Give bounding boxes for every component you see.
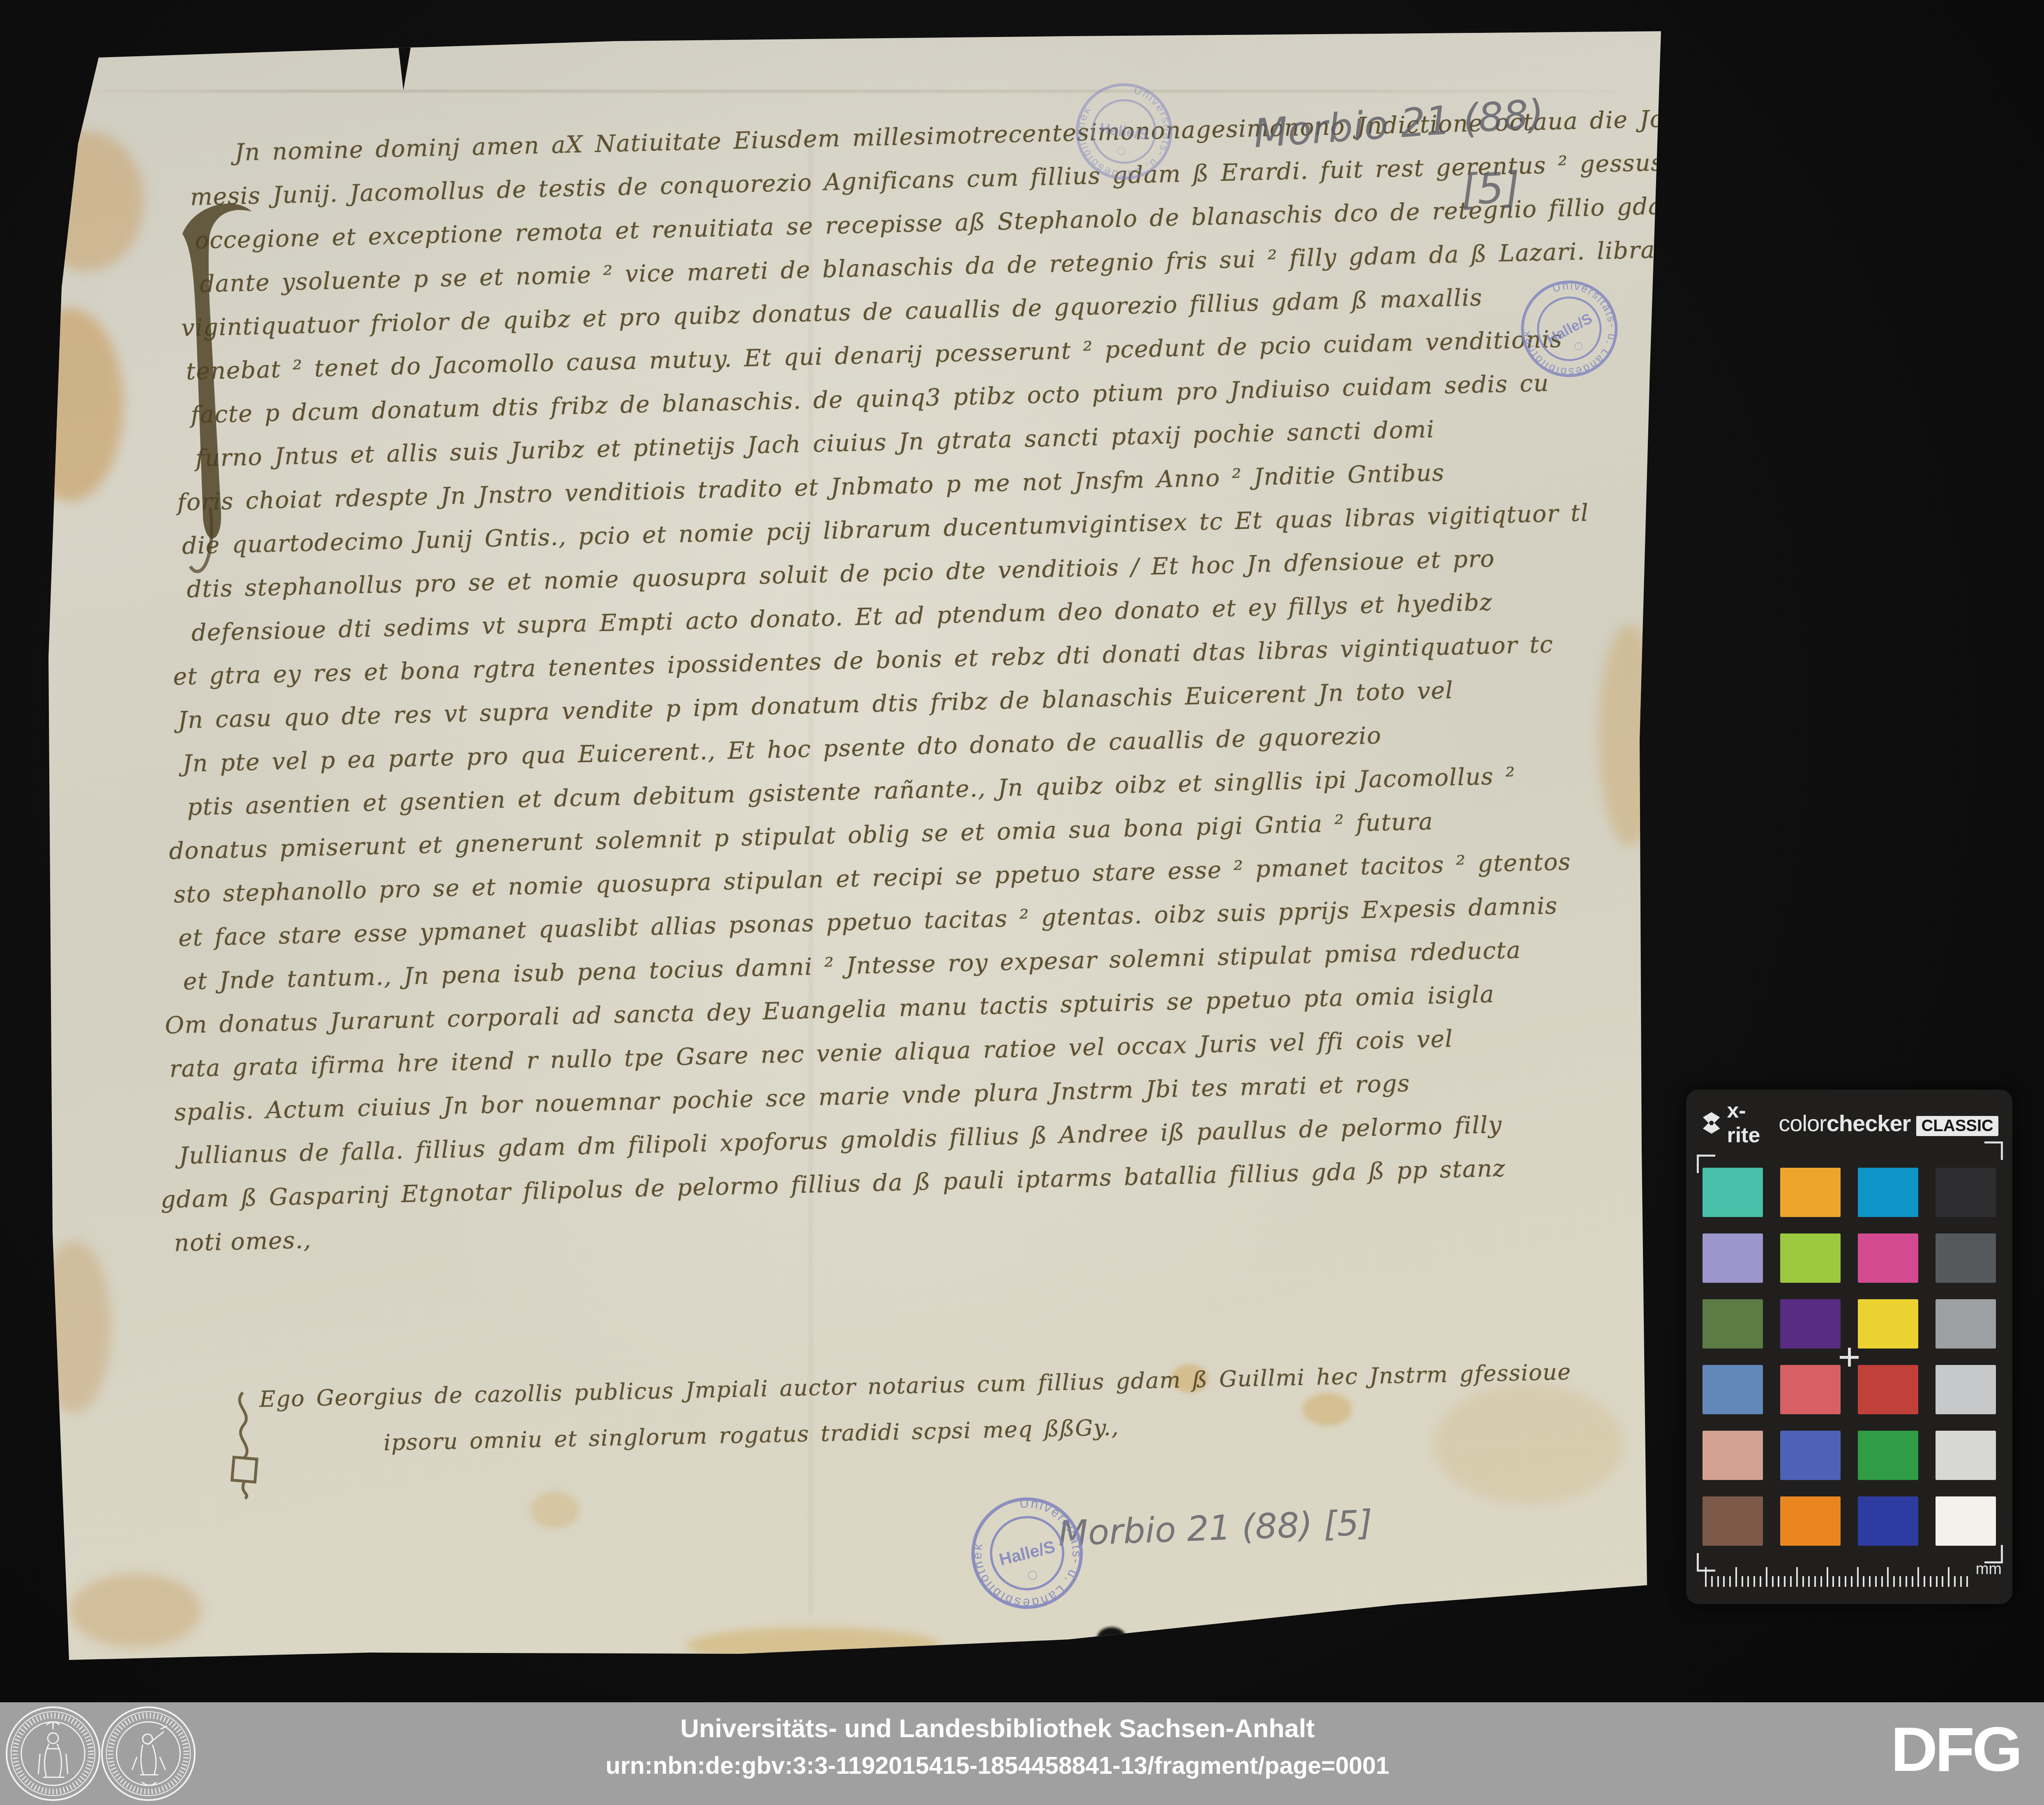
ruler-tick: [1742, 1576, 1743, 1587]
color-patch: [1703, 1299, 1763, 1349]
ruler-tick: [1930, 1576, 1931, 1587]
color-patch: [1780, 1233, 1841, 1283]
university-seal-icon: [4, 1705, 102, 1805]
university-seal-icon: [99, 1705, 197, 1805]
title-bold: checker: [1827, 1110, 1911, 1136]
color-patch: [1936, 1299, 1996, 1349]
color-patch: [1703, 1496, 1763, 1546]
color-patch: [1780, 1365, 1841, 1414]
ruler-tick: [1796, 1567, 1798, 1587]
ruler-tick: [1717, 1576, 1719, 1587]
ruler-tick: [1778, 1576, 1779, 1587]
parchment-stain: [37, 1241, 111, 1413]
ruler-tick: [1820, 1576, 1822, 1587]
color-patch: [1780, 1299, 1841, 1349]
stamp-center-text: Halle/S: [997, 1537, 1057, 1569]
color-patch: [1936, 1168, 1996, 1217]
footer-urn: urn:nbn:de:gbv:3:3-1192015415-1854458841…: [606, 1752, 1389, 1780]
color-patch: [1703, 1365, 1763, 1414]
initial-letter-flourish: [174, 194, 270, 590]
parchment-stain: [686, 1627, 941, 1664]
ruler-tick: [1827, 1567, 1828, 1587]
color-patch: [1858, 1233, 1918, 1283]
parchment-stain: [16, 308, 123, 501]
ruler-tick: [1960, 1576, 1962, 1587]
ruler-tick: [1851, 1576, 1853, 1587]
color-patch: [1780, 1496, 1841, 1546]
color-patch: [1703, 1233, 1763, 1283]
ruler-tick: [1942, 1576, 1943, 1587]
ruler-tick: [1954, 1576, 1956, 1587]
notary-signum-icon: [222, 1389, 266, 1501]
x-rite-pinwheel-icon: [1700, 1111, 1723, 1134]
ruler-tick: [1899, 1576, 1901, 1587]
ruler-tick: [1857, 1567, 1859, 1587]
manuscript-lines: Jn nomine dominj amen aX Natiuitate Eius…: [123, 98, 1644, 1222]
ruler-tick: [1887, 1567, 1889, 1587]
ruler-tick: [1760, 1576, 1761, 1587]
ruler-tick: [1772, 1576, 1774, 1587]
library-stamp: Universitäts- u. Landesbibliothek Halle/…: [953, 1478, 1103, 1630]
color-patch: [1858, 1299, 1918, 1349]
parchment-hole: [1097, 1627, 1126, 1648]
colorchecker-header: x-rite colorcheckerCLASSIC: [1686, 1104, 2012, 1141]
color-patch: [1858, 1365, 1918, 1414]
ruler-tick: [1766, 1567, 1767, 1587]
colorchecker-brand: x-rite: [1700, 1098, 1779, 1148]
center-cross-icon: [1840, 1348, 1859, 1367]
library-stamp: Universitäts- u. Landesbibliothek Halle/…: [1064, 71, 1184, 194]
notary-subscription: Ego Georgius de cazollis publicus Jmpial…: [259, 1351, 1493, 1468]
registration-bracket-icon: [1984, 1141, 2003, 1160]
ruler-tick: [1753, 1576, 1755, 1587]
color-patch: [1703, 1168, 1763, 1217]
color-patch: [1780, 1431, 1841, 1480]
ruler-tick: [1906, 1576, 1907, 1587]
ruler-tick: [1711, 1576, 1713, 1587]
ruler-tick: [1863, 1576, 1864, 1587]
color-patch: [1936, 1431, 1996, 1480]
ruler-tick: [1735, 1567, 1737, 1587]
ruler-tick: [1948, 1567, 1949, 1587]
ruler-tick: [1912, 1576, 1913, 1587]
manuscript-body: Jn nomine dominj amen aX Natiuitate Eius…: [123, 98, 1645, 1266]
color-patch: [1936, 1365, 1996, 1414]
ruler-tick: [1705, 1567, 1707, 1587]
color-patch: [1936, 1233, 1996, 1283]
title-regular: color: [1779, 1110, 1826, 1136]
ruler-tick: [1917, 1567, 1919, 1587]
ruler-unit-label: mm: [1976, 1561, 2002, 1578]
footer-bar: Universitäts- und Landesbibliothek Sachs…: [0, 1702, 2044, 1805]
ruler-tick: [1839, 1576, 1840, 1587]
ruler-tick: [1729, 1576, 1731, 1587]
ruler-tick: [1723, 1576, 1725, 1587]
stamp-center-text: Halle/S: [1098, 120, 1150, 143]
mm-ruler: [1705, 1563, 1968, 1587]
footer-institution: Universitäts- und Landesbibliothek Sachs…: [680, 1714, 1315, 1743]
ruler-tick: [1845, 1576, 1846, 1587]
parchment-sheet: Jn nomine dominj amen aX Natiuitate Eius…: [45, 29, 1664, 1662]
stamp-center-text: Halle/S: [1543, 310, 1595, 348]
color-patch: [1780, 1168, 1841, 1217]
digitized-manuscript-page: Jn nomine dominj amen aX Natiuitate Eius…: [0, 0, 2044, 1805]
color-patch: [1858, 1168, 1918, 1217]
ruler-tick: [1802, 1576, 1804, 1587]
ruler-tick: [1814, 1576, 1816, 1587]
parchment-crease: [70, 90, 1652, 92]
color-patch: [1858, 1431, 1918, 1480]
ruler-tick: [1784, 1576, 1786, 1587]
ruler-tick: [1875, 1576, 1877, 1587]
parchment-stain: [530, 1491, 579, 1528]
shelfmark-annotation-bottom: Morbio 21 (88) [5]: [1058, 1503, 1373, 1554]
ruler-tick: [1832, 1576, 1834, 1587]
color-patch: [1858, 1496, 1918, 1546]
ruler-tick: [1893, 1576, 1895, 1587]
ruler-tick: [1881, 1576, 1883, 1587]
ruler-tick: [1790, 1576, 1792, 1587]
parchment-stain: [70, 1574, 201, 1648]
colorchecker-title: colorcheckerCLASSIC: [1779, 1110, 1998, 1136]
ruler-tick: [1966, 1576, 1968, 1587]
ruler-tick: [1747, 1576, 1749, 1587]
dfg-logo: DFG: [1891, 1714, 2020, 1786]
item-number-annotation: [5]: [1460, 163, 1522, 214]
parchment-tear: [398, 41, 412, 90]
ruler-tick: [1924, 1576, 1925, 1587]
colorchecker-card: x-rite colorcheckerCLASSIC mm: [1686, 1090, 2012, 1604]
color-patch: [1703, 1431, 1763, 1480]
classic-badge: CLASSIC: [1916, 1116, 1998, 1136]
color-patch: [1936, 1496, 1996, 1546]
ruler-tick: [1936, 1576, 1938, 1587]
ruler-tick: [1869, 1576, 1871, 1587]
ruler-tick: [1808, 1576, 1810, 1587]
brand-label: x-rite: [1727, 1098, 1779, 1148]
